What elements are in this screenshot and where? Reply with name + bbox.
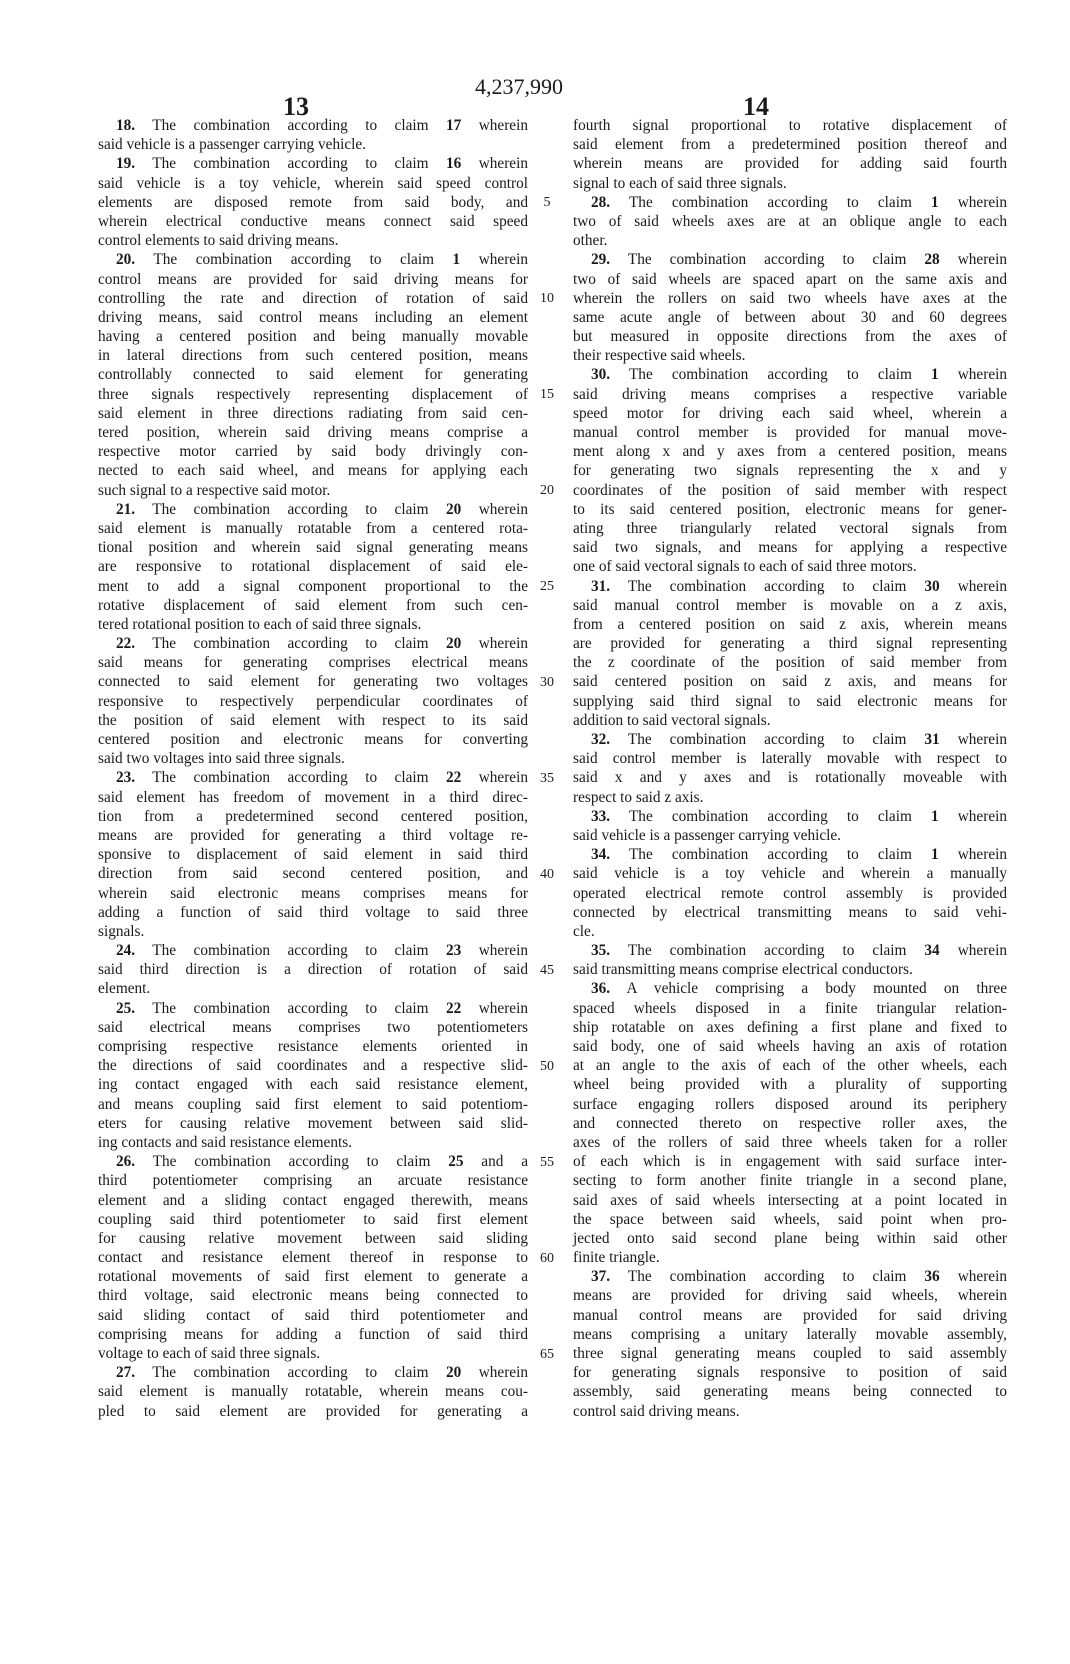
text-line: speed motor for driving each said wheel,… — [573, 404, 1007, 423]
text-line: said body, one of said wheels having an … — [573, 1037, 1007, 1056]
claim-reference: 22 — [446, 1000, 461, 1017]
claim-number: 18. — [116, 117, 135, 134]
text-line: tion from a predetermined second centere… — [98, 807, 528, 826]
text-line: said vehicle is a toy vehicle, wherein s… — [98, 174, 528, 193]
claim-number: 28. — [591, 194, 610, 211]
text-line: means are provided for driving said whee… — [573, 1286, 1007, 1305]
claim-number: 36. — [591, 980, 610, 997]
text-line: coupling said third potentiometer to sai… — [98, 1210, 528, 1229]
text-line: rotational movements of said first eleme… — [98, 1267, 528, 1286]
text-line: finite triangle. — [573, 1248, 1007, 1267]
text-line: said means for generating comprises elec… — [98, 653, 528, 672]
text-line: controlling the rate and direction of ro… — [98, 289, 528, 308]
claim-number: 37. — [591, 1268, 610, 1285]
text-line: of each which is in engagement with said… — [573, 1152, 1007, 1171]
text-line: for generating signals responsive to pos… — [573, 1363, 1007, 1382]
claim-reference: 28 — [924, 251, 939, 268]
text-line: said electrical means comprises two pote… — [98, 1018, 528, 1037]
text-line: ing contacts and said resistance element… — [98, 1133, 528, 1152]
text-line: manual control member is provided for ma… — [573, 423, 1007, 442]
text-line: rotative displacement of said element fr… — [98, 596, 528, 615]
text-line: for generating two signals representing … — [573, 461, 1007, 480]
left-text-column: 18. The combination according to claim 1… — [98, 116, 528, 1421]
claim-start-line: 27. The combination according to claim 2… — [98, 1363, 528, 1382]
claim-number: 31. — [591, 578, 610, 595]
text-line: at an angle to the axis of each of the o… — [573, 1056, 1007, 1075]
text-line: their respective said wheels. — [573, 346, 1007, 365]
claim-start-line: 26. The combination according to claim 2… — [98, 1152, 528, 1171]
claim-start-line: 32. The combination according to claim 3… — [573, 730, 1007, 749]
claim-start-line: 21. The combination according to claim 2… — [98, 500, 528, 519]
text-line: are responsive to rotational displacemen… — [98, 557, 528, 576]
text-line: wherein said electronic means comprises … — [98, 884, 528, 903]
gutter-line-number: 20 — [532, 481, 562, 500]
text-line: said x and y axes and is rotationally mo… — [573, 768, 1007, 787]
text-line: to its said centered position, electroni… — [573, 500, 1007, 519]
patent-number: 4,237,990 — [0, 74, 1054, 100]
text-line: ment along x and y axes from a centered … — [573, 442, 1007, 461]
text-line: connected to said element for generating… — [98, 672, 528, 691]
text-line: said manual control member is movable on… — [573, 596, 1007, 615]
claim-reference: 22 — [446, 769, 461, 786]
claim-start-line: 23. The combination according to claim 2… — [98, 768, 528, 787]
text-line: signals. — [98, 922, 528, 941]
text-line: means comprising a unitary laterally mov… — [573, 1325, 1007, 1344]
gutter-line-number: 25 — [532, 577, 562, 596]
text-line: said driving means comprises a respectiv… — [573, 385, 1007, 404]
text-line: said two signals, and means for applying… — [573, 538, 1007, 557]
claim-number: 34. — [591, 846, 610, 863]
gutter-line-number: 45 — [532, 961, 562, 980]
text-line: and connected thereto on respective roll… — [573, 1114, 1007, 1133]
gutter-line-number: 30 — [532, 673, 562, 692]
claim-number: 33. — [591, 808, 610, 825]
claim-start-line: 24. The combination according to claim 2… — [98, 941, 528, 960]
claim-reference: 17 — [446, 117, 461, 134]
text-line: means are provided for generating a thir… — [98, 826, 528, 845]
text-line: and means coupling said first element to… — [98, 1095, 528, 1114]
text-line: tered rotational position to each of sai… — [98, 615, 528, 634]
claim-start-line: 20. The combination according to claim 1… — [98, 250, 528, 269]
claim-number: 21. — [116, 501, 135, 518]
text-line: said vehicle is a toy vehicle and wherei… — [573, 864, 1007, 883]
right-text-column: fourth signal proportional to rotative d… — [573, 116, 1007, 1421]
text-line: assembly, said generating means being co… — [573, 1382, 1007, 1401]
claim-number: 26. — [116, 1153, 135, 1170]
text-line: driving means, said control means includ… — [98, 308, 528, 327]
text-line: in lateral directions from such centered… — [98, 346, 528, 365]
gutter-line-number: 65 — [532, 1345, 562, 1364]
claim-start-line: 28. The combination according to claim 1… — [573, 193, 1007, 212]
claim-number: 23. — [116, 769, 135, 786]
text-line: comprising respective resistance element… — [98, 1037, 528, 1056]
text-line: are provided for generating a third sign… — [573, 634, 1007, 653]
text-line: addition to said vectoral signals. — [573, 711, 1007, 730]
text-line: voltage to each of said three signals. — [98, 1344, 528, 1363]
text-line: from a centered position on said z axis,… — [573, 615, 1007, 634]
text-line: for causing relative movement between sa… — [98, 1229, 528, 1248]
text-line: respect to said z axis. — [573, 788, 1007, 807]
text-line: said centered position on said z axis, a… — [573, 672, 1007, 691]
text-line: said vehicle is a passenger carrying veh… — [98, 135, 528, 154]
text-line: sponsive to displacement of said element… — [98, 845, 528, 864]
claim-reference: 34 — [924, 942, 939, 959]
claim-reference: 1 — [931, 846, 939, 863]
text-line: ship rotatable on axes defining a first … — [573, 1018, 1007, 1037]
text-line: supplying said third signal to said elec… — [573, 692, 1007, 711]
text-line: ating three triangularly related vectora… — [573, 519, 1007, 538]
claim-reference: 23 — [446, 942, 461, 959]
text-line: two of said wheels are spaced apart on t… — [573, 270, 1007, 289]
text-line: ment to add a signal component proportio… — [98, 577, 528, 596]
text-line: ing contact engaged with each said resis… — [98, 1075, 528, 1094]
claim-number: 22. — [116, 635, 135, 652]
text-line: such signal to a respective said motor. — [98, 481, 528, 500]
text-line: element and a sliding contact engaged th… — [98, 1191, 528, 1210]
claim-reference: 20 — [446, 635, 461, 652]
claim-start-line: 30. The combination according to claim 1… — [573, 365, 1007, 384]
claim-reference: 25 — [448, 1153, 463, 1170]
text-line: coordinates of the position of said memb… — [573, 481, 1007, 500]
text-line: tered position, wherein said driving mea… — [98, 423, 528, 442]
text-line: eters for causing relative movement betw… — [98, 1114, 528, 1133]
text-line: three signals respectively representing … — [98, 385, 528, 404]
claim-reference: 20 — [446, 1364, 461, 1381]
text-line: secting to form another finite triangle … — [573, 1171, 1007, 1190]
claim-number: 19. — [116, 155, 135, 172]
gutter-line-number: 60 — [532, 1249, 562, 1268]
gutter-line-number: 5 — [532, 193, 562, 212]
text-line: signal to each of said three signals. — [573, 174, 1007, 193]
text-line: surface engaging rollers disposed around… — [573, 1095, 1007, 1114]
text-line: jected onto said second plane being with… — [573, 1229, 1007, 1248]
patent-page: 4,237,990 13 14 18. The combination acco… — [0, 0, 1070, 1664]
claim-reference: 16 — [446, 155, 461, 172]
claim-reference: 36 — [924, 1268, 939, 1285]
text-line: spaced wheels disposed in a finite trian… — [573, 999, 1007, 1018]
gutter-line-number: 40 — [532, 865, 562, 884]
claim-number: 30. — [591, 366, 610, 383]
claim-number: 29. — [591, 251, 610, 268]
text-line: third potentiometer comprising an arcuat… — [98, 1171, 528, 1190]
text-line: said vehicle is a passenger carrying veh… — [573, 826, 1007, 845]
text-line: the position of said element with respec… — [98, 711, 528, 730]
claim-number: 25. — [116, 1000, 135, 1017]
text-line: direction from said second centered posi… — [98, 864, 528, 883]
claim-start-line: 35. The combination according to claim 3… — [573, 941, 1007, 960]
text-line: three signal generating means coupled to… — [573, 1344, 1007, 1363]
text-line: third voltage, said electronic means bei… — [98, 1286, 528, 1305]
claim-start-line: 37. The combination according to claim 3… — [573, 1267, 1007, 1286]
claim-number: 20. — [116, 251, 135, 268]
gutter-line-number: 55 — [532, 1153, 562, 1172]
text-line: other. — [573, 231, 1007, 250]
text-line: said element has freedom of movement in … — [98, 788, 528, 807]
text-line: controllably connected to said element f… — [98, 365, 528, 384]
text-line: connected by electrical transmitting mea… — [573, 903, 1007, 922]
gutter-line-number: 50 — [532, 1057, 562, 1076]
claim-reference: 20 — [446, 501, 461, 518]
text-line: tional position and wherein said signal … — [98, 538, 528, 557]
text-line: wherein the rollers on said two wheels h… — [573, 289, 1007, 308]
text-line: respective motor carried by said body dr… — [98, 442, 528, 461]
text-line: said third direction is a direction of r… — [98, 960, 528, 979]
claim-start-line: 33. The combination according to claim 1… — [573, 807, 1007, 826]
text-line: manual control means are provided for sa… — [573, 1306, 1007, 1325]
claim-start-line: 18. The combination according to claim 1… — [98, 116, 528, 135]
claim-start-line: 34. The combination according to claim 1… — [573, 845, 1007, 864]
text-line: two of said wheels axes are at an obliqu… — [573, 212, 1007, 231]
text-line: said element is manually rotatable from … — [98, 519, 528, 538]
claim-reference: 1 — [931, 366, 939, 383]
claim-number: 35. — [591, 942, 610, 959]
text-line: the z coordinate of the position of said… — [573, 653, 1007, 672]
claim-start-line: 29. The combination according to claim 2… — [573, 250, 1007, 269]
text-line: wherein electrical conductive means conn… — [98, 212, 528, 231]
claim-start-line: 31. The combination according to claim 3… — [573, 577, 1007, 596]
text-line: the space between said wheels, said poin… — [573, 1210, 1007, 1229]
claim-start-line: 25. The combination according to claim 2… — [98, 999, 528, 1018]
gutter-line-number: 15 — [532, 385, 562, 404]
text-line: having a centered position and being man… — [98, 327, 528, 346]
text-line: responsive to respectively perpendicular… — [98, 692, 528, 711]
text-line: wheel being provided with a plurality of… — [573, 1075, 1007, 1094]
text-line: said transmitting means comprise electri… — [573, 960, 1007, 979]
text-line: comprising means for adding a function o… — [98, 1325, 528, 1344]
text-line: control elements to said driving means. — [98, 231, 528, 250]
text-line: elements are disposed remote from said b… — [98, 193, 528, 212]
text-line: but measured in opposite directions from… — [573, 327, 1007, 346]
text-line: axes of the rollers of said three wheels… — [573, 1133, 1007, 1152]
claim-reference: 30 — [924, 578, 939, 595]
text-line: nected to each said wheel, and means for… — [98, 461, 528, 480]
text-line: said control member is laterally movable… — [573, 749, 1007, 768]
claim-number: 27. — [116, 1364, 135, 1381]
text-line: fourth signal proportional to rotative d… — [573, 116, 1007, 135]
claim-start-line: 19. The combination according to claim 1… — [98, 154, 528, 173]
text-line: pled to said element are provided for ge… — [98, 1402, 528, 1421]
gutter-line-number: 35 — [532, 769, 562, 788]
claim-reference: 1 — [453, 251, 461, 268]
text-line: said element is manually rotatable, wher… — [98, 1382, 528, 1401]
text-line: same acute angle of between about 30 and… — [573, 308, 1007, 327]
text-line: centered position and electronic means f… — [98, 730, 528, 749]
claim-number: 32. — [591, 731, 610, 748]
gutter-line-number: 10 — [532, 289, 562, 308]
text-line: control means are provided for said driv… — [98, 270, 528, 289]
text-line: element. — [98, 979, 528, 998]
claim-reference: 1 — [931, 808, 939, 825]
claim-reference: 1 — [931, 194, 939, 211]
text-line: said sliding contact of said third poten… — [98, 1306, 528, 1325]
claim-number: 24. — [116, 942, 135, 959]
text-line: the directions of said coordinates and a… — [98, 1056, 528, 1075]
text-line: control said driving means. — [573, 1402, 1007, 1421]
text-line: said element in three directions radiati… — [98, 404, 528, 423]
text-line: said axes of said wheels intersecting at… — [573, 1191, 1007, 1210]
text-line: cle. — [573, 922, 1007, 941]
text-line: one of said vectoral signals to each of … — [573, 557, 1007, 576]
text-line: adding a function of said third voltage … — [98, 903, 528, 922]
text-line: operated electrical remote control assem… — [573, 884, 1007, 903]
claim-start-line: 22. The combination according to claim 2… — [98, 634, 528, 653]
claim-reference: 31 — [924, 731, 939, 748]
text-line: said two voltages into said three signal… — [98, 749, 528, 768]
text-line: wherein means are provided for adding sa… — [573, 154, 1007, 173]
claim-start-line: 36. A vehicle comprising a body mounted … — [573, 979, 1007, 998]
text-line: said element from a predetermined positi… — [573, 135, 1007, 154]
text-line: contact and resistance element thereof i… — [98, 1248, 528, 1267]
